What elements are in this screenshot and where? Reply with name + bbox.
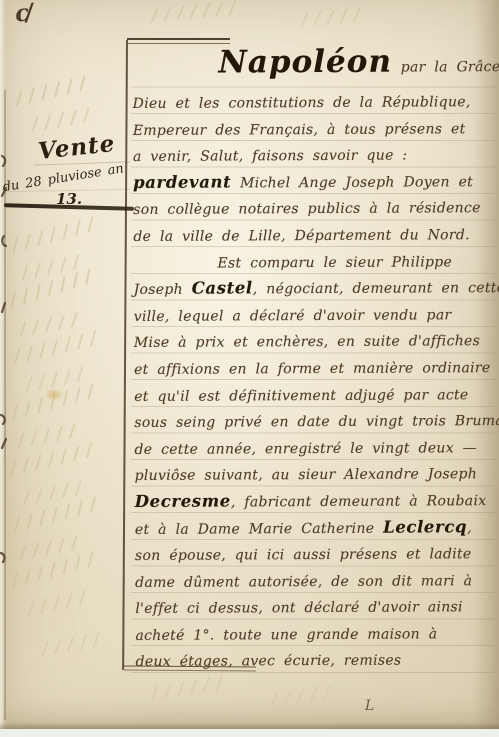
handwritten-text: Empereur des Français, à tous présens et: [133, 121, 466, 139]
manuscript-line: Empereur des Français, à tous présens et: [133, 116, 497, 144]
ink-stain: [44, 388, 64, 401]
handwritten-text: ,: [467, 520, 472, 536]
handwritten-text: , négociant, demeurant en cette: [253, 280, 499, 297]
manuscript-line: Joseph Castel, négociant, demeurant en c…: [134, 275, 498, 303]
emphasized-word: pardevant: [133, 172, 231, 192]
handwritten-text: et affixions en la forme et manière ordi…: [134, 360, 491, 378]
emphasized-word: Leclercq: [383, 517, 467, 536]
handwritten-text: Dieu et les constitutions de la Républiq…: [133, 94, 471, 112]
manuscript-line: acheté 1°. toute une grande maison à: [135, 621, 499, 649]
manuscript-line: son épouse, qui ici aussi présens et lad…: [135, 541, 499, 569]
manuscript-line: sous seing privé en date du vingt trois …: [134, 408, 498, 436]
frame-top-rule: [127, 38, 230, 44]
handwritten-text: Est comparu le sieur Philippe: [217, 254, 452, 271]
emphasized-word: Decresme: [135, 491, 231, 511]
background-below-paper: [0, 729, 499, 737]
handwritten-text: acheté 1°. toute une grande maison à: [135, 626, 437, 644]
handwritten-text: son collègue notaires publics à la résid…: [133, 201, 481, 219]
manuscript-line: pluviôse suivant, au sieur Alexandre Jos…: [135, 461, 499, 489]
handwritten-text: deux étages, avec écurie, remises: [136, 653, 402, 670]
manuscript-line: Dieu et les constitutions de la Républiq…: [133, 89, 497, 117]
handwritten-text: et à la Dame Marie Catherine: [135, 520, 383, 537]
handwritten-text: de la ville de Lille, Département du Nor…: [133, 227, 470, 245]
handwritten-text: ville, lequel a déclaré d'avoir vendu pa…: [134, 307, 452, 325]
handwritten-text: Mise à prix et enchères, en suite d'affi…: [134, 333, 480, 351]
manuscript-line: Mise à prix et enchères, en suite d'affi…: [134, 328, 498, 356]
catchword-mark: L: [365, 698, 374, 714]
handwritten-text: a venir, Salut, faisons savoir que :: [133, 148, 408, 165]
manuscript-line: pardevant Michel Ange Joseph Doyen et: [133, 169, 497, 197]
handwritten-text: dame dûment autorisée, de son dit mari à: [135, 573, 472, 591]
emphasized-word: Napoléon: [218, 44, 392, 81]
handwritten-text: et qu'il est définitivement adjugé par a…: [134, 387, 468, 405]
handwritten-text: son épouse, qui ici aussi présens et lad…: [135, 546, 472, 564]
emphasized-word: Castel: [192, 278, 253, 297]
manuscript-line: ville, lequel a déclaré d'avoir vendu pa…: [134, 302, 498, 330]
handwritten-text: l'effet ci dessus, ont déclaré d'avoir a…: [135, 600, 463, 618]
manuscript-line: Decresme, fabricant demeurant à Roubaix: [135, 488, 499, 516]
handwritten-text: , fabricant demeurant à Roubaix: [231, 493, 487, 510]
manuscript-line: deux étages, avec écurie, remises: [136, 648, 499, 676]
manuscript-line: son collègue notaires publics à la résid…: [133, 195, 497, 223]
handwritten-text: Michel Ange Joseph Doyen et: [231, 174, 473, 191]
manuscript-line: de la ville de Lille, Département du Nor…: [133, 222, 497, 250]
manuscript-line: dame dûment autorisée, de son dit mari à: [135, 568, 499, 596]
manuscript-line: Est comparu le sieur Philippe: [133, 249, 497, 277]
manuscript-body-text: Napoléon par la Grâce deDieu et les cons…: [132, 45, 499, 676]
manuscript-line: l'effet ci dessus, ont déclaré d'avoir a…: [135, 594, 499, 622]
handwritten-text: Joseph: [134, 282, 192, 298]
handwritten-text: sous seing privé en date du vingt trois …: [134, 413, 499, 431]
handwritten-text: de cette année, enregistré le vingt deux…: [134, 440, 477, 458]
manuscript-photo: c/ Vente du 28 pluviose an 13. Napoléon …: [0, 0, 499, 737]
manuscript-line: a venir, Salut, faisons savoir que :: [133, 142, 497, 170]
manuscript-line: de cette année, enregistré le vingt deux…: [134, 435, 498, 463]
manuscript-line: et affixions en la forme et manière ordi…: [134, 355, 498, 383]
handwritten-text: pluviôse suivant, au sieur Alexandre Jos…: [135, 466, 478, 484]
manuscript-line: et qu'il est définitivement adjugé par a…: [134, 382, 498, 410]
handwritten-text: par la Grâce de: [392, 59, 499, 76]
manuscript-line: et à la Dame Marie Catherine Leclercq,: [135, 515, 499, 543]
manuscript-line: Napoléon par la Grâce de: [132, 45, 496, 91]
